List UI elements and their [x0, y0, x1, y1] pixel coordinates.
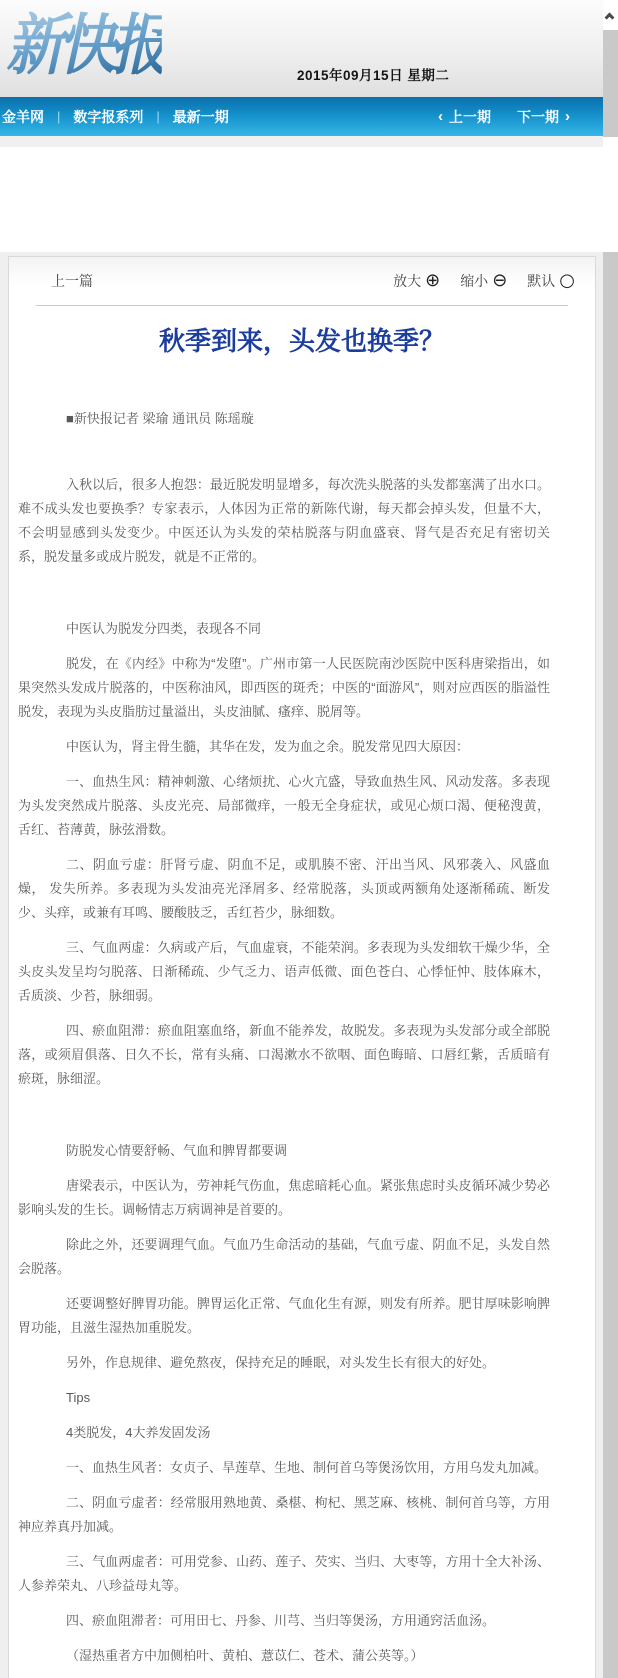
- prev-article-link[interactable]: 上一篇: [51, 271, 93, 291]
- reset-size-label[interactable]: 默认: [527, 271, 555, 291]
- header-divider-strip: [0, 136, 618, 147]
- article-paragraph: 二、阴血亏虚：肝肾亏虚、阴血不足，或肌腠不密、汗出当风、风邪袭入、风盛血燥， 发…: [18, 853, 550, 925]
- article-paragraph: 二、阴血亏虚者：经常服用熟地黄、桑椹、枸杞、黑芝麻、核桃、制何首乌等，方用神应养…: [18, 1491, 550, 1539]
- zoom-in-icon[interactable]: ⊕: [425, 272, 440, 290]
- header-gap: [0, 147, 618, 252]
- reset-size-icon[interactable]: ○: [559, 272, 575, 290]
- article-paragraph: Tips: [18, 1386, 550, 1410]
- chevron-up-icon: [605, 13, 615, 23]
- nav-separator: |: [156, 109, 159, 124]
- article-paragraph: 四、瘀血阻滞：瘀血阻塞血络，新血不能养发，故脱发。多表现为头发部分或全部脱落，或…: [18, 1019, 550, 1091]
- prev-issue-button[interactable]: 上一期: [449, 107, 491, 127]
- issue-pager: ‹ 上一期 下一期 ›: [438, 107, 570, 127]
- article-paragraph: 还要调整好脾胃功能。脾胃运化正常、气血化生有源，则发有所养。肥甘厚味影响脾胃功能…: [18, 1292, 550, 1340]
- navbar-links: 金羊网 | 数字报系列 | 最新一期: [0, 107, 229, 127]
- article-paragraph: 另外，作息规律、避免熬夜，保持充足的睡眠，对头发生长有很大的好处。: [18, 1351, 550, 1375]
- next-issue-button[interactable]: 下一期: [517, 107, 559, 127]
- article-paragraph: （湿热重者方中加侧柏叶、黄柏、薏苡仁、苍术、蒲公英等。）: [18, 1644, 550, 1668]
- top-navbar: 金羊网 | 数字报系列 | 最新一期 ‹ 上一期 下一期 ›: [0, 97, 618, 136]
- nav-link-digital-series[interactable]: 数字报系列: [73, 107, 143, 127]
- scrollbar-track-lower[interactable]: [603, 252, 618, 1678]
- toolbar-divider: [36, 305, 568, 306]
- newspaper-logo[interactable]: 新快报: [6, 2, 162, 92]
- nav-link-jinyangwang[interactable]: 金羊网: [2, 107, 44, 127]
- next-issue-arrow-icon: ›: [565, 109, 570, 124]
- article-paragraph: 三、气血两虚者：可用党参、山药、莲子、芡实、当归、大枣等，方用十全大补汤、人参养…: [18, 1550, 550, 1598]
- article-byline: ■新快报记者 梁瑜 通讯员 陈瑶璇: [66, 411, 595, 427]
- section-gap: [18, 1102, 550, 1139]
- article-paragraph: 防脱发心情要舒畅、气血和脾胃都要调: [18, 1139, 550, 1163]
- article-box: 上一篇 放大 ⊕ 缩小 ⊖ 默认 ○ 秋季到来，头发也换季？ ■新快报记者 梁瑜…: [8, 256, 596, 1678]
- article-paragraph: 入秋以后，很多人抱怨：最近脱发明显增多，每次洗头脱落的头发都塞满了出水口。难不成…: [18, 473, 550, 569]
- scrollbar-thumb[interactable]: [603, 30, 618, 137]
- article-panel: 上一篇 放大 ⊕ 缩小 ⊖ 默认 ○ 秋季到来，头发也换季？ ■新快报记者 梁瑜…: [0, 252, 618, 1678]
- article-paragraph: 脱发，在《内经》中称为“发堕”。广州市第一人民医院南沙医院中医科唐梁指出，如果突…: [18, 652, 550, 724]
- article-paragraph: 4类脱发，4大养发固发汤: [18, 1421, 550, 1445]
- article-paragraph: 唐梁表示，中医认为，劳神耗气伤血，焦虑暗耗心血。紧张焦虑时头皮循环减少势必影响头…: [18, 1174, 550, 1222]
- article-paragraph: 四、瘀血阻滞者：可用田七、丹参、川芎、当归等煲汤，方用通窍活血汤。: [18, 1609, 550, 1633]
- article-paragraph: 除此之外，还要调理气血。气血乃生命活动的基础，气血亏虚、阴血不足，头发自然会脱落…: [18, 1233, 550, 1281]
- zoom-out-icon[interactable]: ⊖: [492, 272, 507, 290]
- scroll-up-button[interactable]: [603, 5, 618, 27]
- article-paragraph: 中医认为脱发分四类，表现各不同: [18, 617, 550, 641]
- masthead: 新快报 2015年09月15日 星期二: [0, 0, 618, 97]
- scrollbar: [603, 0, 618, 1678]
- nav-separator: |: [57, 109, 60, 124]
- font-controls: 放大 ⊕ 缩小 ⊖ 默认 ○: [393, 271, 575, 291]
- issue-date: 2015年09月15日 星期二: [297, 64, 449, 84]
- article-title: 秋季到来，头发也换季？: [19, 323, 585, 359]
- article-paragraph: 一、血热生风者：女贞子、旱莲草、生地、制何首乌等煲汤饮用，方用乌发丸加减。: [18, 1456, 550, 1480]
- article-content: 入秋以后，很多人抱怨：最近脱发明显增多，每次洗头脱落的头发都塞满了出水口。难不成…: [9, 473, 595, 1668]
- article-paragraph: 一、血热生风：精神刺激、心绪烦扰、心火亢盛，导致血热生风、风动发落。多表现为头发…: [18, 770, 550, 842]
- prev-issue-arrow-icon: ‹: [438, 109, 443, 124]
- article-paragraph: 三、气血两虚：久病或产后，气血虚衰，不能荣润。多表现为头发细软干燥少华，全头皮头…: [18, 936, 550, 1008]
- zoom-out-label[interactable]: 缩小: [460, 271, 488, 291]
- article-paragraph: 中医认为，肾主骨生髓，其华在发，发为血之余。脱发常见四大原因：: [18, 735, 550, 759]
- section-gap: [18, 580, 550, 617]
- nav-link-latest-issue[interactable]: 最新一期: [173, 107, 229, 127]
- article-toolbar: 上一篇 放大 ⊕ 缩小 ⊖ 默认 ○: [9, 257, 595, 291]
- zoom-in-label[interactable]: 放大: [393, 271, 421, 291]
